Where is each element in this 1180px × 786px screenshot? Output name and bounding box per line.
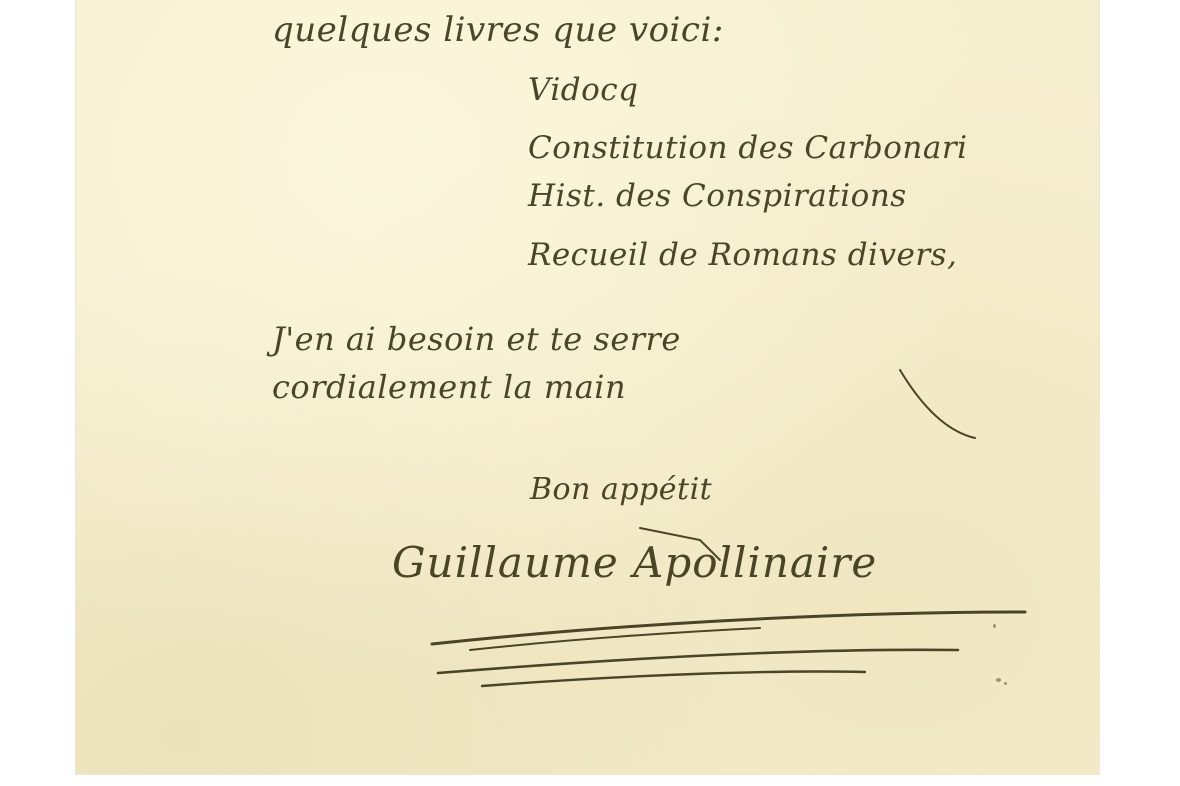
ink-speck <box>996 678 1001 682</box>
book-list-item: Vidocq <box>528 72 638 108</box>
ink-speck <box>993 624 996 628</box>
book-list-item: Constitution des Carbonari <box>528 130 968 166</box>
book-list-item: Recueil de Romans divers, <box>528 237 957 273</box>
book-list-item: Hist. des Conspirations <box>528 178 907 214</box>
valediction: Bon appétit <box>530 472 712 507</box>
ink-speck <box>1004 682 1007 685</box>
signature: Guillaume Apollinaire <box>392 538 877 587</box>
closing-line: J'en ai besoin et te serre <box>272 320 681 358</box>
opening-line: quelques livres que voici: <box>272 10 724 50</box>
closing-line: cordialement la main <box>272 368 626 406</box>
